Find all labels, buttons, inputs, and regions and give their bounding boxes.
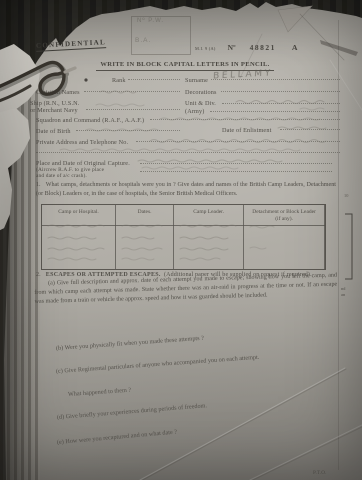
question-2-number: 2.: [36, 272, 41, 278]
stamp-text-bottom: B.A.: [135, 37, 151, 44]
question-1: 1. What camps, detachments or hospitals …: [36, 181, 336, 199]
stamp-text-top: Nº P.W.: [137, 18, 164, 24]
field-label-unit-1: Unit & Div.: [185, 100, 216, 107]
no-symbol: Nº: [228, 43, 236, 52]
dotted-line: [76, 128, 180, 131]
document-photo: CONFIDENTIAL Nº P.W. B.A. M.I. 9 (A) Nº …: [0, 0, 362, 480]
column-header-dates: Dates.: [116, 205, 173, 216]
dotted-line: [136, 139, 340, 142]
margin-fragment: 10: [344, 193, 349, 198]
field-label-christian-names: Christian Names: [36, 89, 80, 96]
table-column-leader: Camp Leader.: [174, 205, 244, 269]
margin-fragment: an: [341, 292, 345, 297]
dotted-line: [36, 150, 340, 153]
question-1-number: 1.: [36, 182, 41, 188]
ref-label: M.I. 9 (A): [195, 46, 216, 51]
dotted-line: [280, 127, 340, 130]
field-label-date-of-birth: Date of Birth: [36, 128, 71, 135]
camps-table: Camp or Hospital. Dates. Camp Leader. De…: [41, 204, 326, 270]
field-label-capture-3: and date of a/c crash).: [36, 173, 87, 179]
field-label-unit-2: (Army): [185, 108, 204, 115]
field-label-decorations: Decorations: [185, 89, 217, 96]
dotted-line: [210, 109, 340, 112]
serial-number: 48821: [250, 43, 276, 52]
dotted-line: [150, 117, 340, 120]
series-letter: A: [292, 43, 298, 52]
column-header-leader: Camp Leader.: [174, 205, 243, 216]
field-label-rank: Rank: [112, 77, 126, 84]
field-label-surname: Surname: [185, 77, 208, 84]
field-label-date-of-enlistment: Date of Enlistment: [222, 127, 271, 134]
dotted-line: [140, 161, 332, 164]
underlying-sheet-edge: [338, 20, 339, 470]
dotted-line: [128, 77, 180, 80]
table-column-dates: Dates.: [116, 205, 174, 269]
dotted-line: [140, 169, 332, 172]
column-header-camp: Camp or Hospital.: [42, 205, 115, 216]
field-label-private-address: Private Address and Telephone No.: [36, 139, 128, 146]
dotted-line: [222, 101, 340, 104]
serial-row: M.I. 9 (A) Nº 48821 A: [195, 37, 297, 55]
question-1-text: What camps, detachments or hospitals wer…: [36, 182, 336, 197]
dotted-line: [84, 89, 180, 92]
margin-fragment: nd: [341, 286, 346, 291]
dotted-line: [221, 89, 340, 92]
field-label-squadron: Squadron and Command (R.A.F., A.A.F.): [36, 117, 144, 124]
dotted-line: [86, 107, 180, 110]
column-header-detachment: Detachment or Block Leader (if any).: [244, 205, 324, 222]
pto-mark: P.T.O.: [313, 470, 327, 476]
table-column-detachment: Detachment or Block Leader (if any).: [244, 205, 325, 269]
field-label-ship-2: or Merchant Navy: [30, 107, 78, 114]
table-header-rule: [42, 225, 325, 226]
table-column-camp: Camp or Hospital.: [42, 205, 116, 269]
